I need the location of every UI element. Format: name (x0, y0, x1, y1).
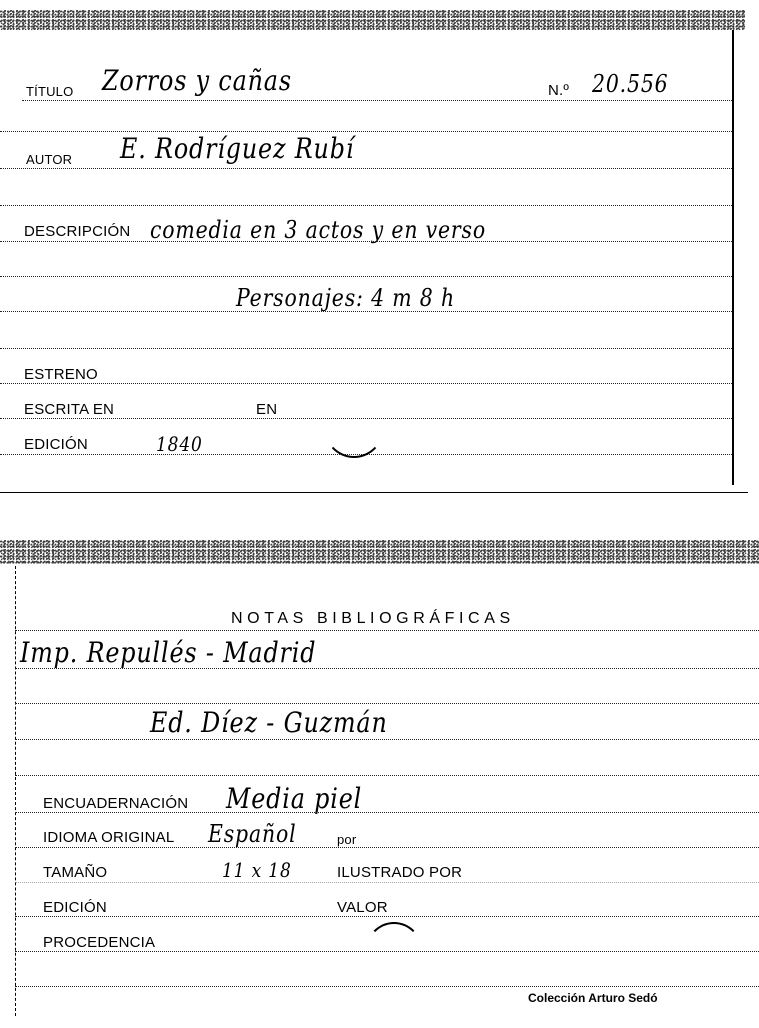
card-separator (0, 492, 748, 493)
rule-top-2 (0, 205, 732, 206)
estreno-label: ESTRENO (24, 366, 98, 383)
descripcion-value: comedia en 3 actos y en verso (150, 216, 486, 244)
rule-bottom (15, 986, 759, 987)
rule-top-3 (0, 276, 732, 277)
rule-top-1 (0, 131, 732, 132)
punch-hole-mark-bottom (365, 922, 423, 982)
idioma-value: Español (208, 820, 296, 848)
rule-note-2 (15, 739, 759, 740)
rule-estreno (0, 383, 732, 384)
notas-heading: NOTAS BIBLIOGRÁFICAS (231, 610, 515, 628)
rule-tamano (15, 882, 759, 883)
descripcion-label: DESCRIPCIÓN (24, 223, 130, 240)
valor-label: VALOR (337, 899, 388, 916)
idioma-label: IDIOMA ORIGINAL (43, 829, 174, 846)
tamano-label: TAMAÑO (43, 864, 107, 881)
collection-footer: Colección Arturo Sedó (528, 991, 658, 1005)
punch-hole-mark (322, 388, 386, 458)
numero-label: N.º (548, 82, 569, 99)
autor-label: AUTOR (26, 152, 72, 167)
rule-descripcion (0, 241, 732, 242)
rule-personajes (0, 311, 732, 312)
rule-note-1 (15, 668, 759, 669)
rule-top-4 (0, 348, 732, 349)
rule-edicion-valor (15, 916, 759, 917)
escrita-en-label: ESCRITA EN (24, 401, 114, 418)
edicion-label: EDICIÓN (24, 436, 88, 453)
por-label: por (337, 832, 356, 847)
rule-notas-heading (15, 630, 759, 631)
rule-autor (0, 168, 732, 169)
titulo-value: Zorros y cañas (102, 64, 292, 97)
rule-titulo (22, 100, 732, 101)
edicion-value: 1840 (156, 432, 203, 456)
rule-note-gap (15, 703, 759, 704)
descripcion-value-2: Personajes: 4 m 8 h (236, 284, 455, 312)
titulo-label: TÍTULO (26, 84, 73, 99)
procedencia-label: PROCEDENCIA (43, 934, 155, 951)
note-line-2: Ed. Díez - Guzmán (150, 706, 388, 739)
scan-noise-top (0, 10, 745, 30)
numero-value: 20.556 (592, 70, 668, 98)
encuadernacion-value: Media piel (226, 782, 362, 815)
rule-note-3 (15, 775, 759, 776)
rule-idioma (15, 847, 759, 848)
autor-value: E. Rodríguez Rubí (120, 132, 354, 165)
tamano-value: 11 x 18 (222, 858, 292, 882)
note-line-1: Imp. Repullés - Madrid (20, 636, 316, 669)
ilustrado-label: ILUSTRADO POR (337, 864, 462, 881)
encuadernacion-label: ENCUADERNACIÓN (43, 795, 188, 812)
edicion-label-2: EDICIÓN (43, 899, 107, 916)
scan-noise-bottom (0, 540, 759, 564)
en-label: EN (256, 401, 277, 418)
rule-encuadernacion (15, 812, 759, 813)
